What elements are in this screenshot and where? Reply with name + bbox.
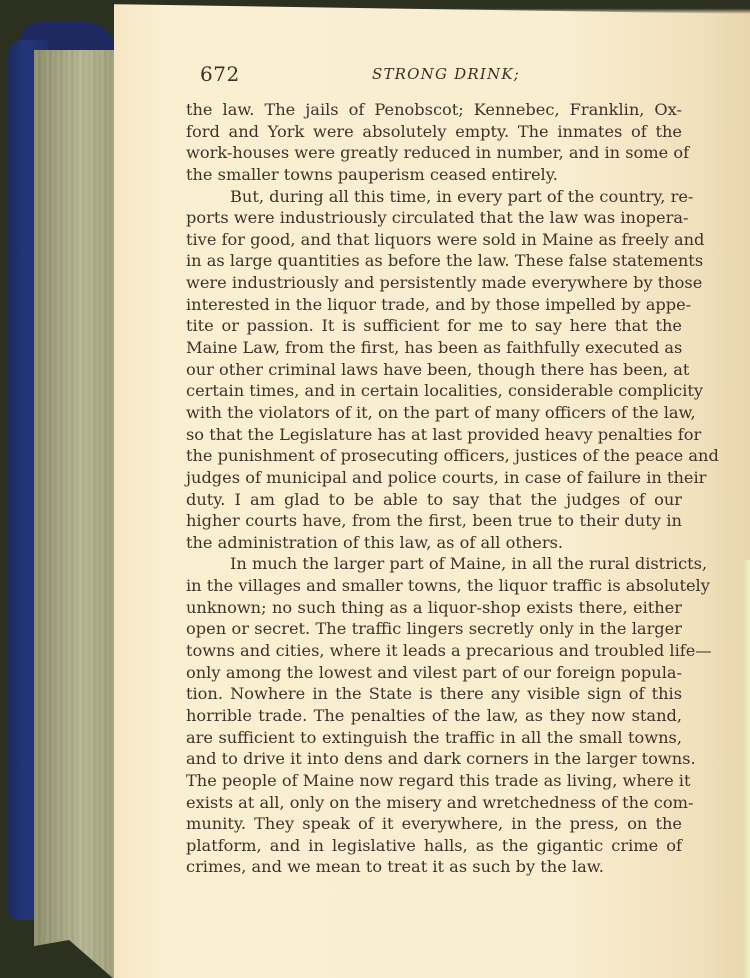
text-line: interested in the liquor trade, and by t…	[186, 294, 682, 316]
running-head: STRONG DRINK;	[372, 65, 520, 83]
paragraph: the law. The jails of Penobscot; Kennebe…	[186, 99, 682, 186]
text-line: tite or passion. It is sufficient for me…	[186, 315, 682, 337]
text-line: the administration of this law, as of al…	[186, 532, 682, 554]
text-line: only among the lowest and vilest part of…	[186, 662, 682, 684]
text-line: work-houses were greatly reduced in numb…	[186, 142, 682, 164]
text-line: higher courts have, from the first, been…	[186, 510, 682, 532]
paragraph: In much the larger part of Maine, in all…	[186, 553, 682, 878]
text-line: so that the Legislature has at last prov…	[186, 424, 682, 446]
text-line: with the violators of it, on the part of…	[186, 402, 682, 424]
text-line: horrible trade. The penalties of the law…	[186, 705, 682, 727]
text-line: our other criminal laws have been, thoug…	[186, 359, 682, 381]
text-line: tion. Nowhere in the State is there any …	[186, 683, 682, 705]
text-line: crimes, and we mean to treat it as such …	[186, 856, 682, 878]
text-line: tive for good, and that liquors were sol…	[186, 229, 682, 251]
text-line: unknown; no such thing as a liquor-shop …	[186, 597, 682, 619]
text-line: ports were industriously circulated that…	[186, 207, 682, 229]
page-right-edge	[744, 560, 750, 978]
text-line: and to drive it into dens and dark corne…	[186, 748, 682, 770]
text-line: In much the larger part of Maine, in all…	[186, 553, 682, 575]
text-line: in the villages and smaller towns, the l…	[186, 575, 682, 597]
text-line: were industriously and persistently made…	[186, 272, 682, 294]
text-line: certain times, and in certain localities…	[186, 380, 682, 402]
text-line: open or secret. The traffic lingers secr…	[186, 618, 682, 640]
text-line: Maine Law, from the first, has been as f…	[186, 337, 682, 359]
book-page-edges	[34, 50, 116, 978]
text-line: the smaller towns pauperism ceased entir…	[186, 164, 682, 186]
text-line: the punishment of prosecuting officers, …	[186, 445, 682, 467]
text-line: exists at all, only on the misery and wr…	[186, 792, 682, 814]
text-line: ford and York were absolutely empty. The…	[186, 121, 682, 143]
text-line: The people of Maine now regard this trad…	[186, 770, 682, 792]
text-line: But, during all this time, in every part…	[186, 186, 682, 208]
page-header: 672 STRONG DRINK;	[200, 62, 680, 90]
page-number: 672	[200, 62, 240, 86]
text-line: towns and cities, where it leads a preca…	[186, 640, 682, 662]
text-line: the law. The jails of Penobscot; Kennebe…	[186, 99, 682, 121]
paragraph: But, during all this time, in every part…	[186, 186, 682, 554]
text-line: in as large quantities as before the law…	[186, 250, 682, 272]
text-line: are sufficient to extinguish the traffic…	[186, 727, 682, 749]
body-text: the law. The jails of Penobscot; Kennebe…	[186, 99, 682, 878]
text-line: duty. I am glad to be able to say that t…	[186, 489, 682, 511]
text-line: munity. They speak of it everywhere, in …	[186, 813, 682, 835]
text-line: judges of municipal and police courts, i…	[186, 467, 682, 489]
text-line: platform, and in legislative halls, as t…	[186, 835, 682, 857]
